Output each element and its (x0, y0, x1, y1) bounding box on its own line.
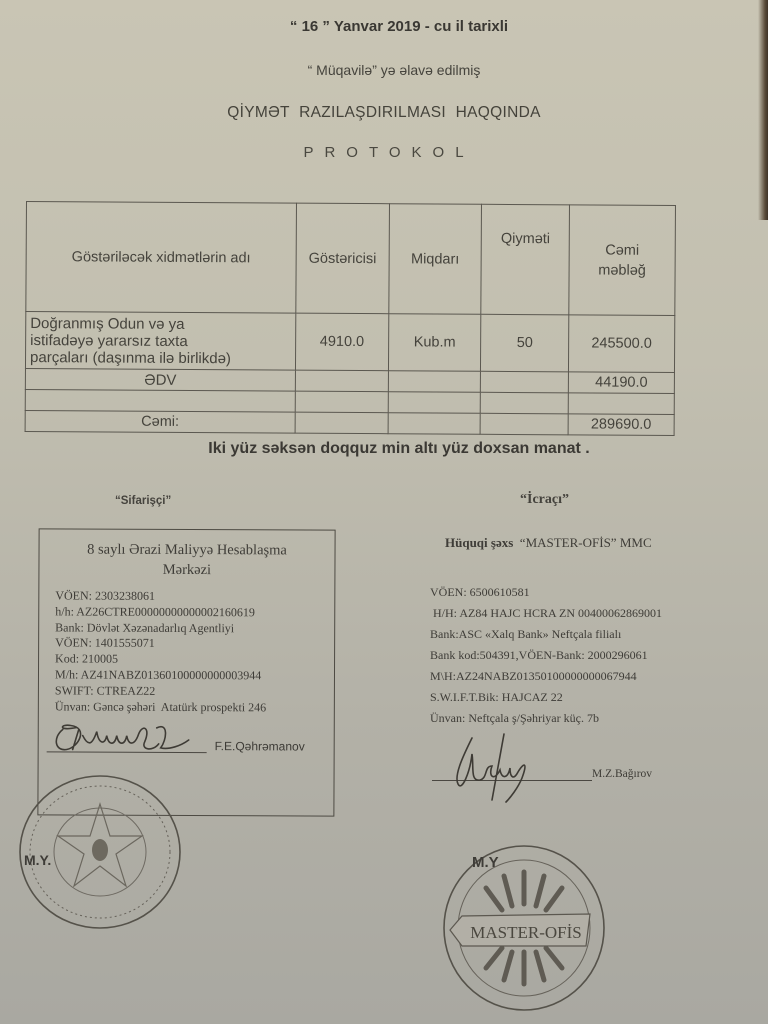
service-name-line: istifadəyə yararsız taxta (30, 332, 291, 351)
contractor-seal-stamp: MASTER-OFİS (440, 842, 608, 1014)
column-header-total: Cəmiməbləğ (569, 205, 676, 316)
svg-text:MASTER-OFİS: MASTER-OFİS (470, 923, 581, 942)
sum-total-cell: 289690.0 (568, 414, 674, 436)
contractor-role-label: “İcraçı” (520, 492, 569, 508)
indicator-cell: 4910.0 (295, 313, 388, 371)
contractor-requisite-line: Bank:ASC «Xalq Bank» Neftçala filialı (430, 624, 662, 645)
customer-org-line: Mərkəzi (39, 559, 334, 580)
column-header-total-line: məbləğ (574, 262, 671, 279)
service-name-line: parçaları (daşınma ilə birlikdə) (30, 349, 291, 368)
customer-requisite-line: VÖEN: 1401555071 (55, 636, 266, 653)
customer-requisites: VÖEN: 2303238061h/h: AZ26CTRE00000000000… (55, 588, 267, 715)
customer-org-name: 8 saylı Ərazi Maliyyə Hesablaşma Mərkəzi (39, 539, 334, 580)
customer-requisite-line: VÖEN: 2303238061 (55, 588, 266, 605)
customer-role-label: “Sifarişçi” (115, 495, 171, 507)
customer-requisite-line: Ünvan: Gəncə şəhəri Atatürk prospekti 24… (55, 699, 266, 716)
sum-label: Cəmi: (25, 410, 295, 433)
contractor-requisite-line: Ünvan: Neftçala ş/Şəhriyar küç. 7b (430, 708, 662, 729)
amount-in-words: Iki yüz səksən doqquz min altı yüz doxsa… (0, 440, 768, 458)
contract-date-line: “ 16 ” Yanvar 2019 - cu il tarixli (0, 18, 768, 35)
vat-total-cell: 44190.0 (568, 372, 674, 394)
column-header-quantity: Miqdarı (389, 204, 482, 315)
customer-requisite-line: SWIFT: CTREAZ22 (55, 683, 266, 700)
document-title: QİYMƏT RAZILAŞDIRILMASI HAQQINDA (0, 104, 768, 122)
contractor-requisites: VÖEN: 6500610581 H/H: AZ84 HAJC HCRA ZN … (430, 582, 662, 729)
contractor-requisite-line: Bank kod:504391,VÖEN-Bank: 2000296061 (430, 645, 662, 666)
empty-cell (388, 413, 481, 435)
customer-org-line: 8 saylı Ərazi Maliyyə Hesablaşma (39, 539, 334, 560)
empty-cell (481, 392, 569, 414)
customer-requisite-line: M/h: AZ41NABZ01360100000000003944 (55, 667, 266, 684)
price-cell: 50 (481, 314, 569, 372)
contractor-signature (448, 732, 558, 804)
empty-cell (388, 371, 481, 393)
customer-signature (49, 717, 199, 758)
customer-signatory: F.E.Qəhrəmanov (215, 739, 305, 753)
contractor-requisite-line: M\H:AZ24NABZ01350100000000067944 (430, 666, 662, 687)
column-header-indicator: Göstəricisi (296, 203, 389, 314)
empty-cell (25, 389, 295, 412)
contractor-requisite-line: H/H: AZ84 HAJC HCRA ZN 00400062869001 (430, 603, 662, 624)
customer-requisite-line: h/h: AZ26CTRE00000000000002160619 (55, 604, 266, 621)
contractor-requisite-line: S.W.I.F.T.Bik: HAJCAZ 22 (430, 687, 662, 708)
customer-seal-label: M.Y. (24, 852, 51, 868)
table-row: Doğranmış Odun və ya istifadəyə yararsız… (25, 312, 674, 373)
column-header-price: Qiyməti (481, 204, 569, 315)
empty-cell (480, 413, 568, 435)
contractor-seal-label: M.Y (472, 854, 499, 871)
quantity-cell: Kub.m (388, 314, 481, 372)
total-cell: 245500.0 (568, 315, 674, 373)
contractor-org-name: Hüquqi şəxs “MASTER-OFİS” MMC (445, 535, 652, 551)
empty-cell (388, 392, 481, 414)
service-name-line: Doğranmış Odun və ya (30, 315, 291, 334)
contractor-org-title: “MASTER-OFİS” MMC (520, 535, 652, 550)
empty-cell (481, 371, 569, 393)
column-header-total-text: Cəmiməbləğ (574, 242, 671, 279)
vat-label: ƏDV (25, 368, 295, 391)
document-subtitle: PROTOKOL (0, 144, 768, 161)
annex-line: “ Müqavilə” yə əlavə edilmiş (0, 62, 768, 78)
empty-cell (295, 391, 388, 413)
customer-requisite-line: Kod: 210005 (55, 652, 266, 669)
customer-requisite-line: Bank: Dövlət Xəzənadarlıq Agentliyi (55, 620, 266, 637)
column-header-total-line: Cəmi (574, 242, 671, 259)
contractor-signatory: M.Z.Bağırov (592, 768, 652, 780)
empty-cell (568, 393, 674, 415)
table-header-row: Göstəriləcək xidmətlərin adı Göstəricisi… (26, 202, 676, 316)
contractor-org-prefix: Hüquqi şəxs (445, 535, 513, 550)
contractor-requisite-line: VÖEN: 6500610581 (430, 582, 662, 603)
empty-cell (295, 412, 388, 434)
sum-row: Cəmi: 289690.0 (25, 410, 674, 435)
column-header-service-name: Göstəriləcək xidmətlərin adı (26, 202, 297, 314)
service-name-cell: Doğranmış Odun və ya istifadəyə yararsız… (25, 312, 295, 371)
price-table: Göstəriləcək xidmətlərin adı Göstəricisi… (25, 201, 676, 436)
empty-cell (295, 370, 388, 392)
